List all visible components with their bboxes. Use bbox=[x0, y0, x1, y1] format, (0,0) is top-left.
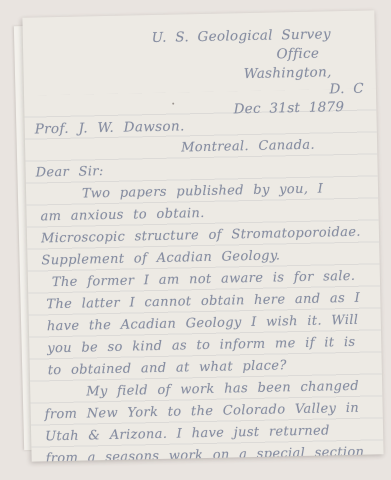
letter-paper: U. S. Geological Survey Office Washingto… bbox=[22, 10, 383, 461]
letter-content: Prof. J. W. Dawson. Montreal. Canada. De… bbox=[24, 110, 383, 461]
letter-heading: U. S. Geological Survey Office Washingto… bbox=[23, 24, 377, 123]
letter-scan: U. S. Geological Survey Office Washingto… bbox=[0, 0, 391, 480]
